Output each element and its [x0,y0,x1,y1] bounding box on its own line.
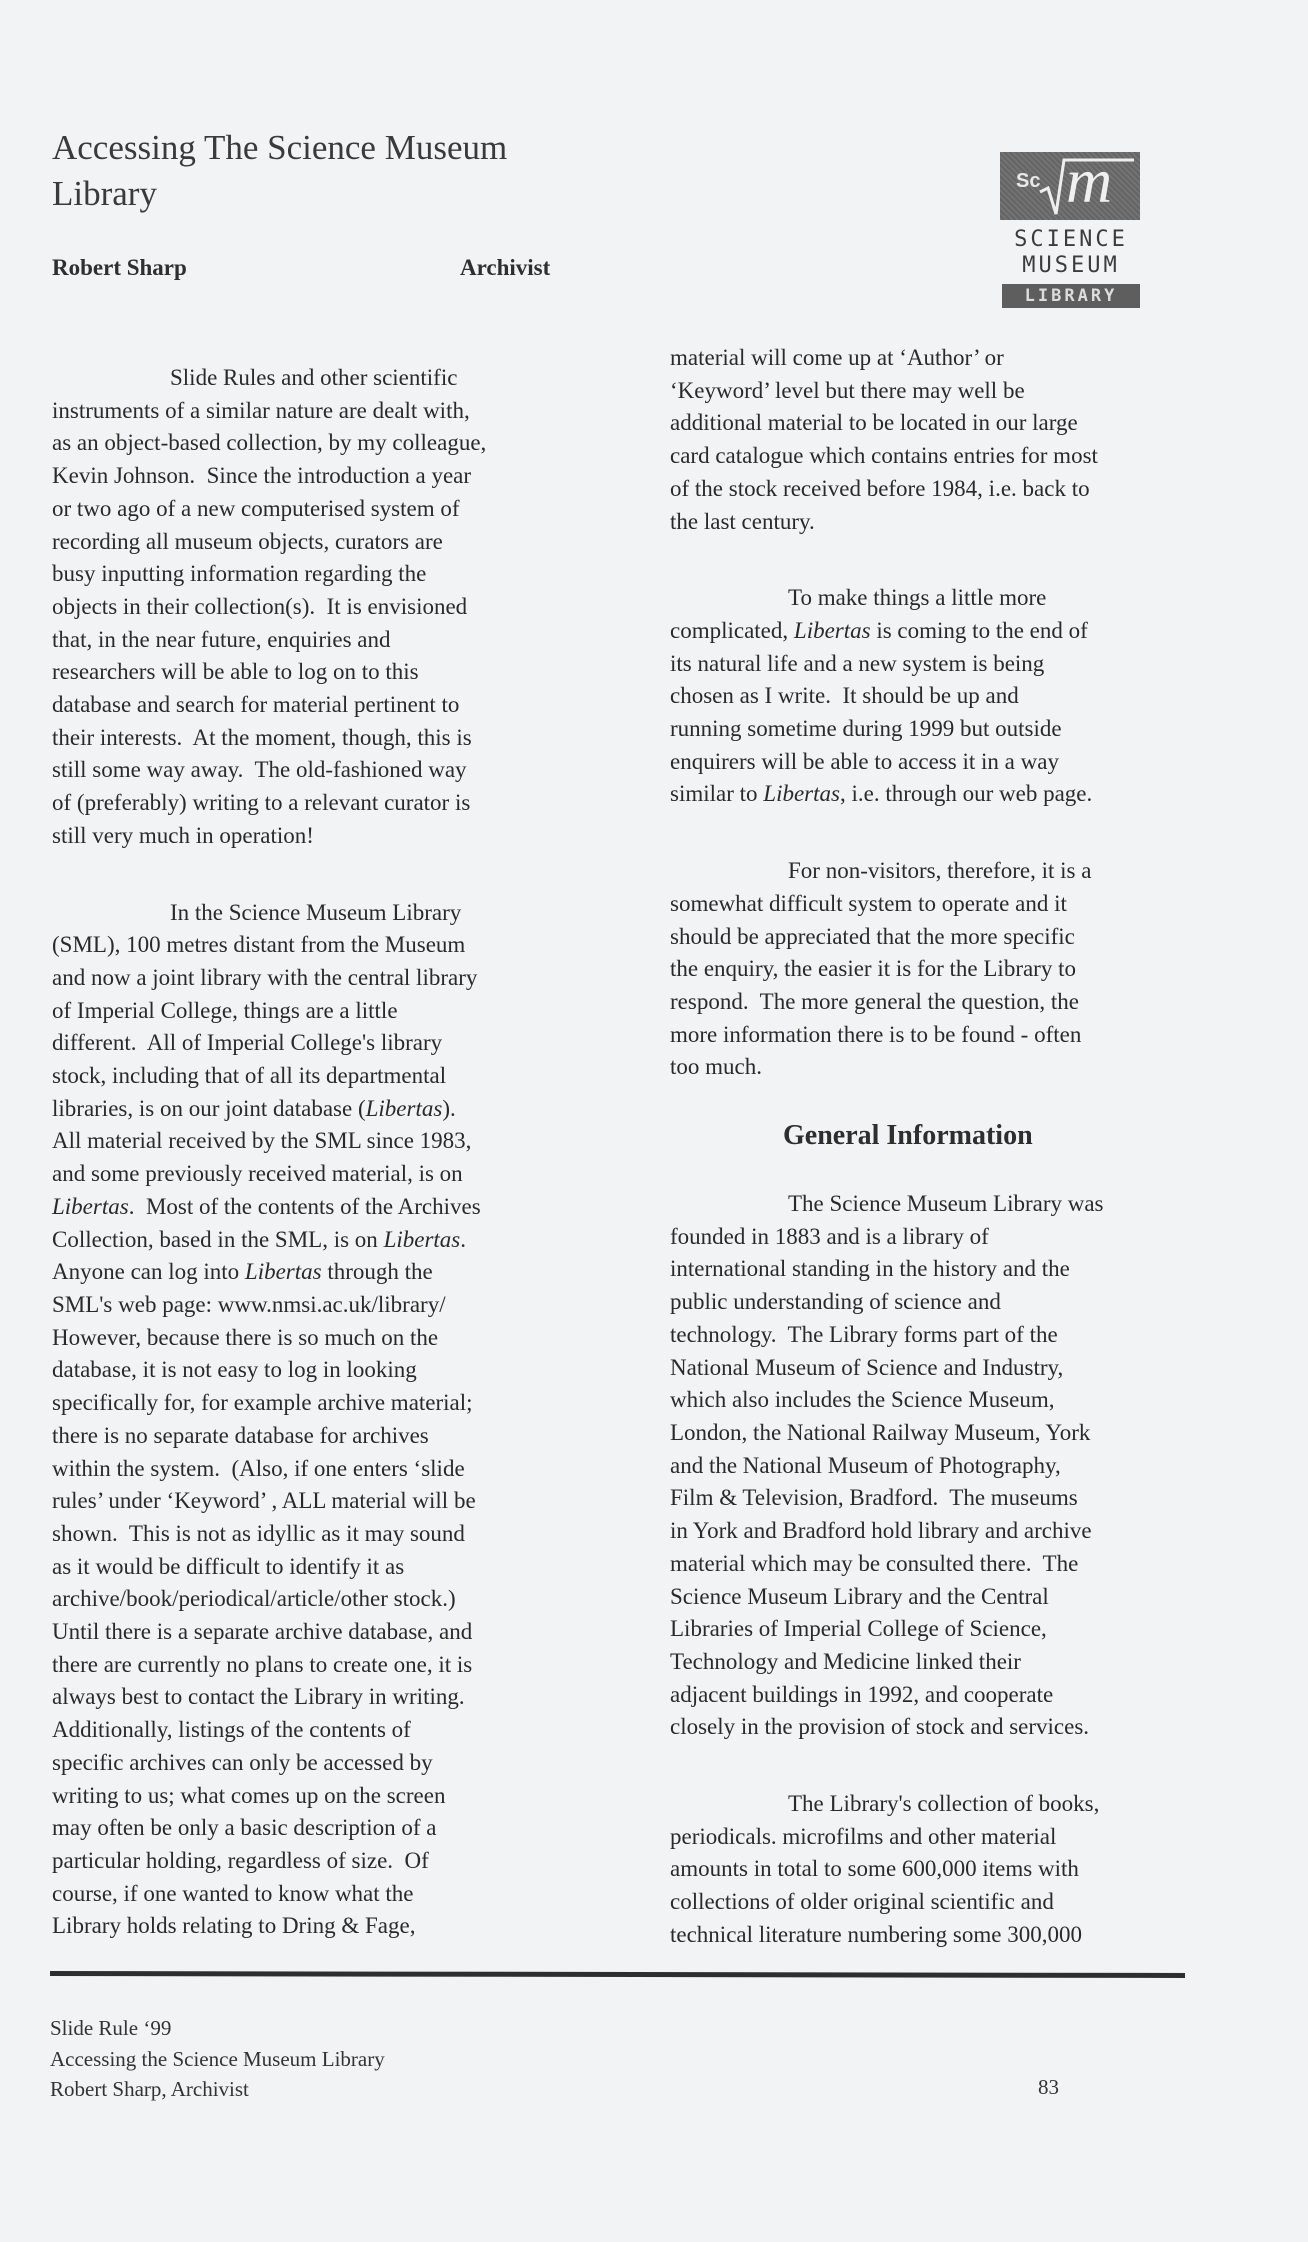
text-line: libraries, is on our joint database (Lib… [52,1093,612,1126]
web-address-line: SML's web page: www.nmsi.ac.uk/library/ [52,1289,612,1322]
text-line: there are currently no plans to create o… [52,1649,612,1682]
text-line: Kevin Johnson. Since the introduction a … [52,460,612,493]
libertas-term: Libertas [366,1096,443,1121]
text-line: Film & Television, Bradford. The museums [670,1482,1230,1515]
paragraph-gap [670,811,1230,855]
footer-article-title: Accessing the Science Museum Library [50,2044,385,2075]
text-line: public understanding of science and [670,1286,1230,1319]
logo-word-science: SCIENCE [1000,228,1142,252]
text-line: as an object-based collection, by my col… [52,427,612,460]
text-line: (SML), 100 metres distant from the Museu… [52,929,612,962]
text-line: that, in the near future, enquiries and [52,624,612,657]
text-line: technical literature numbering some 300,… [670,1919,1230,1952]
text-line: and some previously received material, i… [52,1158,612,1191]
text-line: instruments of a similar nature are deal… [52,395,612,428]
text-line: specific archives can only be accessed b… [52,1747,612,1780]
text-line: the enquiry, the easier it is for the Li… [670,953,1230,986]
text-line: running sometime during 1999 but outside [670,713,1230,746]
logo-library-badge: LIBRARY [1002,284,1140,308]
text-line: All material received by the SML since 1… [52,1125,612,1158]
text-line: closely in the provision of stock and se… [670,1711,1230,1744]
paragraph-sml: In the Science Museum Library (SML), 100… [52,897,612,1944]
text-line: similar to Libertas, i.e. through our we… [670,778,1230,811]
author-name: Robert Sharp [52,255,187,281]
text-line: there is no separate database for archiv… [52,1420,612,1453]
text-line: of (preferably) writing to a relevant cu… [52,787,612,820]
text-line: London, the National Railway Museum, Yor… [670,1417,1230,1450]
text-line: specifically for, for example archive ma… [52,1387,612,1420]
text-line: still some way away. The old-fashioned w… [52,754,612,787]
paragraph-history: The Science Museum Library was founded i… [670,1188,1230,1744]
section-heading-general-information: General Information [670,1116,1230,1156]
paragraph-gap [670,1084,1230,1116]
text-line: which also includes the Science Museum, [670,1384,1230,1417]
paragraph-card-catalogue: material will come up at ‘Author’ or ‘Ke… [670,342,1230,538]
paragraph-gap [670,538,1230,582]
text-line: Science Museum Library and the Central [670,1581,1230,1614]
text-line: adjacent buildings in 1992, and cooperat… [670,1679,1230,1712]
paragraph-gap [670,1744,1230,1788]
text-line: somewhat difficult system to operate and… [670,888,1230,921]
text-line: particular holding, regardless of size. … [52,1845,612,1878]
paragraph-slide-rules: Slide Rules and other scientific instrum… [52,362,612,853]
libertas-term: Libertas [384,1227,461,1252]
text-line: their interests. At the moment, though, … [52,722,612,755]
paragraph-gap [52,853,612,897]
text-line: too much. [670,1051,1230,1084]
text-line: and now a joint library with the central… [52,962,612,995]
text-line: may often be only a basic description of… [52,1812,612,1845]
paragraph-new-system: To make things a little more complicated… [670,582,1230,811]
text-line: Libraries of Imperial College of Science… [670,1613,1230,1646]
text-line: rules’ under ‘Keyword’ , ALL material wi… [52,1485,612,1518]
text-line: technology. The Library forms part of th… [670,1319,1230,1352]
text-line: Libertas. Most of the contents of the Ar… [52,1191,612,1224]
text-line: still very much in operation! [52,820,612,853]
text-line: Collection, based in the SML, is on Libe… [52,1224,612,1257]
text-line: objects in their collection(s). It is en… [52,591,612,624]
libertas-term: Libertas [794,618,871,643]
text-line: researchers will be able to log on to th… [52,656,612,689]
text-line: or two ago of a new computerised system … [52,493,612,526]
text-line: writing to us; what comes up on the scre… [52,1780,612,1813]
text-line: For non-visitors, therefore, it is a [670,855,1230,888]
text-line: additional material to be located in our… [670,407,1230,440]
text-line: Technology and Medicine linked their [670,1646,1230,1679]
text-line: the last century. [670,506,1230,539]
page-number: 83 [1038,2075,1059,2100]
text-line: To make things a little more [670,582,1230,615]
text-line: However, because there is so much on the [52,1322,612,1355]
text-line: archive/book/periodical/article/other st… [52,1583,612,1616]
text-line: In the Science Museum Library [52,897,612,930]
text-line: Slide Rules and other scientific [52,362,612,395]
text-line: card catalogue which contains entries fo… [670,440,1230,473]
text-line: of the stock received before 1984, i.e. … [670,473,1230,506]
text-line: Library holds relating to Dring & Fage, [52,1910,612,1943]
text-line: different. All of Imperial College's lib… [52,1027,612,1060]
text-line: Additionally, listings of the contents o… [52,1714,612,1747]
text-line: complicated, Libertas is coming to the e… [670,615,1230,648]
footer-publication: Slide Rule ‘99 [50,2013,385,2044]
text-line: ‘Keyword’ level but there may well be [670,375,1230,408]
text-line: of Imperial College, things are a little [52,995,612,1028]
text-line: and the National Museum of Photography, [670,1450,1230,1483]
text-line: chosen as I write. It should be up and [670,680,1230,713]
text-line: The Library's collection of books, [670,1788,1230,1821]
text-line: Until there is a separate archive databa… [52,1616,612,1649]
footer-divider [50,1971,1185,1978]
text-line: international standing in the history an… [670,1253,1230,1286]
text-line: enquirers will be able to access it in a… [670,746,1230,779]
text-line: as it would be difficult to identify it … [52,1551,612,1584]
page-footer: Slide Rule ‘99 Accessing the Science Mus… [50,2013,385,2105]
libertas-term: Libertas [52,1194,129,1219]
science-museum-library-logo: Sc m SCIENCE MUSEUM LIBRARY [1000,152,1142,308]
text-line: material which may be consulted there. T… [670,1548,1230,1581]
text-line: periodicals. microfilms and other materi… [670,1821,1230,1854]
text-line: course, if one wanted to know what the [52,1878,612,1911]
sqrt-m-logo-icon: Sc m [1000,152,1140,220]
text-line: shown. This is not as idyllic as it may … [52,1518,612,1551]
text-line: founded in 1883 and is a library of [670,1221,1230,1254]
paragraph-gap [670,1156,1230,1188]
text-line: should be appreciated that the more spec… [670,921,1230,954]
logo-m-letter: m [1066,152,1112,216]
text-line: its natural life and a new system is bei… [670,648,1230,681]
text-line: busy inputting information regarding the [52,558,612,591]
logo-word-museum: MUSEUM [1000,254,1142,278]
text-line: recording all museum objects, curators a… [52,526,612,559]
text-line: material will come up at ‘Author’ or [670,342,1230,375]
text-line: more information there is to be found - … [670,1019,1230,1052]
text-line: amounts in total to some 600,000 items w… [670,1853,1230,1886]
paragraph-collection: The Library's collection of books, perio… [670,1788,1230,1952]
footer-author: Robert Sharp, Archivist [50,2074,385,2105]
text-line: database, it is not easy to log in looki… [52,1354,612,1387]
paragraph-non-visitors: For non-visitors, therefore, it is a som… [670,855,1230,1084]
text-line: stock, including that of all its departm… [52,1060,612,1093]
text-line: National Museum of Science and Industry, [670,1352,1230,1385]
text-line: The Science Museum Library was [670,1188,1230,1221]
text-line: within the system. (Also, if one enters … [52,1453,612,1486]
text-line: in York and Bradford hold library and ar… [670,1515,1230,1548]
left-column: Slide Rules and other scientific instrum… [52,362,612,1943]
text-line: respond. The more general the question, … [670,986,1230,1019]
libertas-term: Libertas [763,781,840,806]
text-line: Anyone can log into Libertas through the [52,1256,612,1289]
right-column: material will come up at ‘Author’ or ‘Ke… [670,342,1230,1952]
author-role: Archivist [460,255,550,281]
article-title: Accessing The Science Museum Library [52,125,612,217]
libertas-term: Libertas [245,1259,322,1284]
text-line: collections of older original scientific… [670,1886,1230,1919]
text-line: always best to contact the Library in wr… [52,1681,612,1714]
text-line: database and search for material pertine… [52,689,612,722]
